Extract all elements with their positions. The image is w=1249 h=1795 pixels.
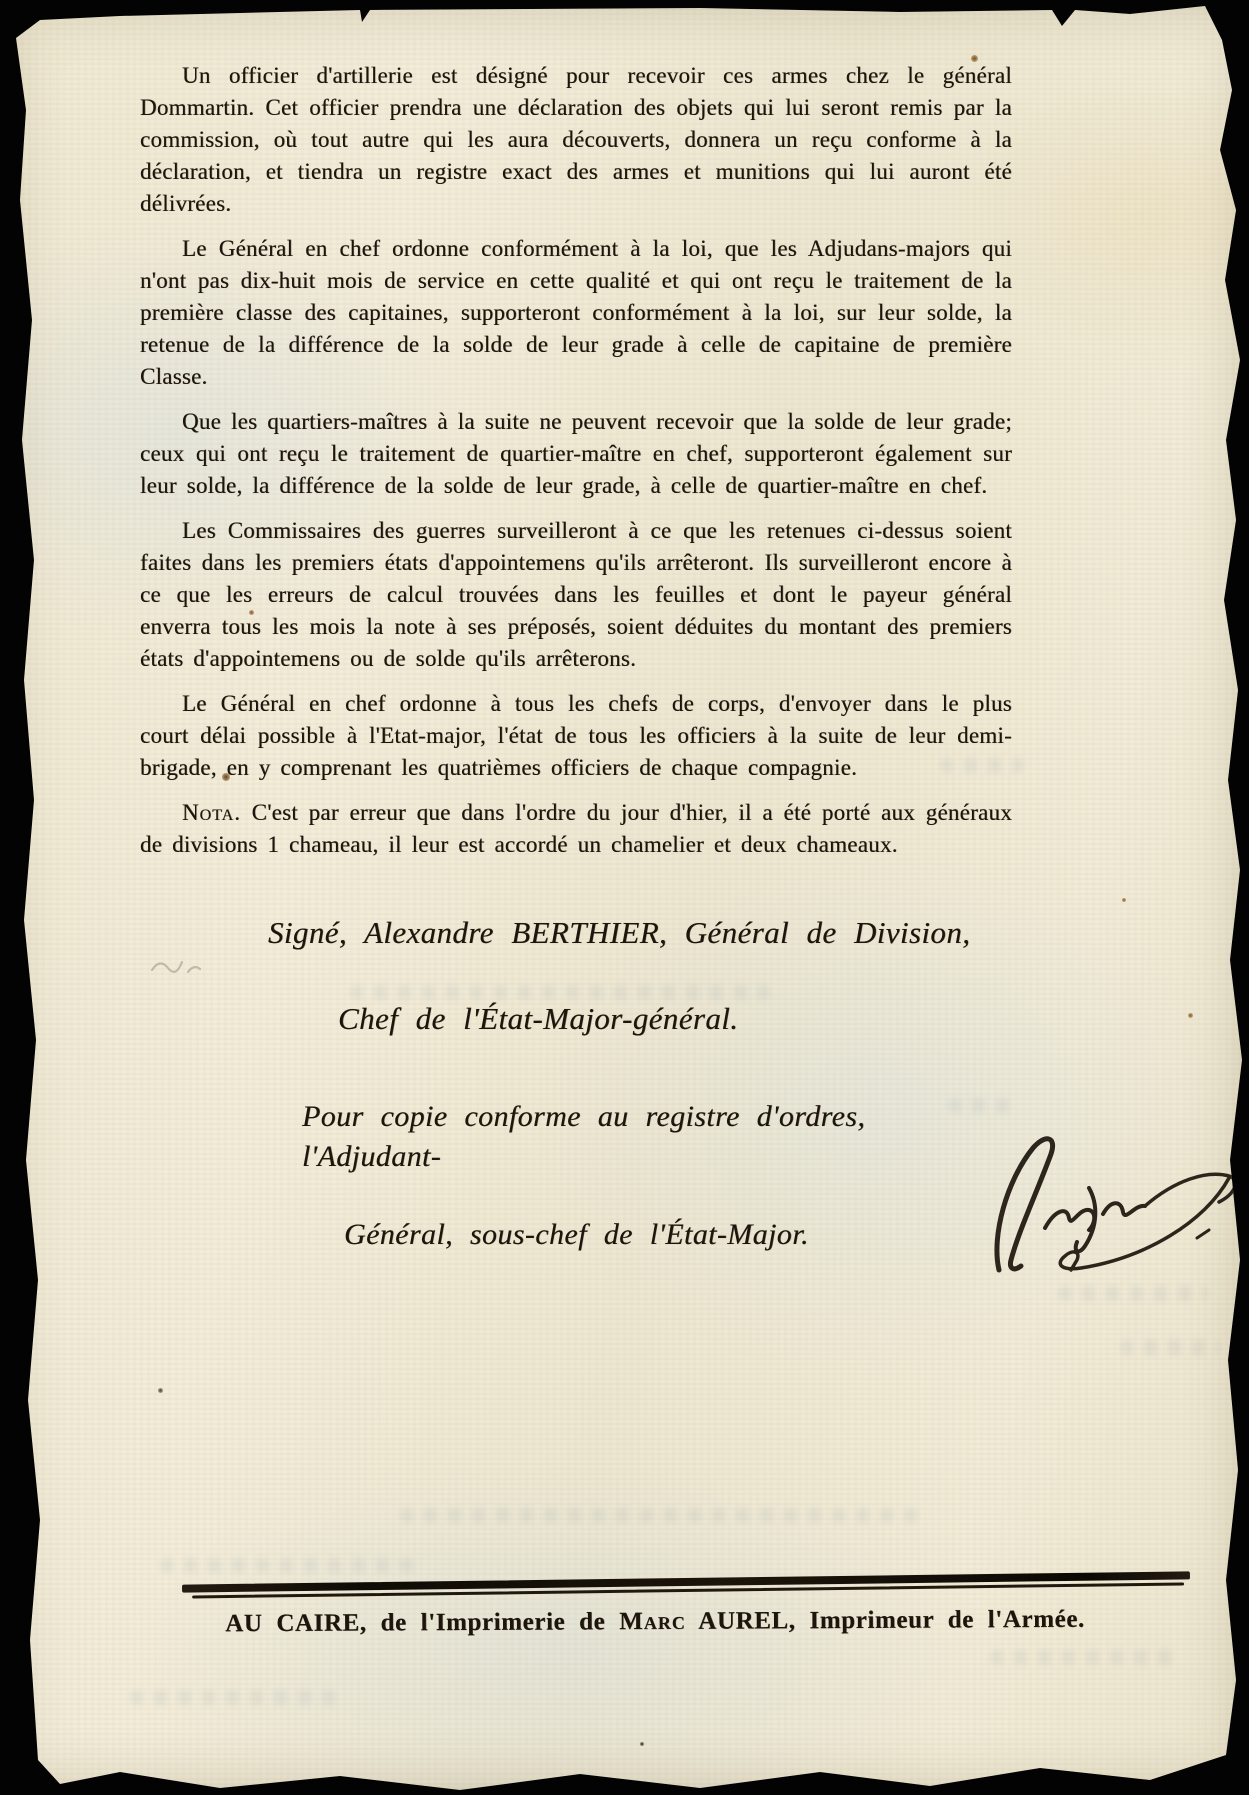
nota-text: C'est par erreur que dans l'ordre du jou… <box>140 800 1012 857</box>
nota-paragraph: Nota. C'est par erreur que dans l'ordre … <box>140 797 1012 861</box>
body-paragraph: Que les quartiers-maîtres à la suite ne … <box>140 406 1012 502</box>
pencil-mark <box>146 936 226 986</box>
signature-line-1: Signé, Alexandre BERTHIER, Général de Di… <box>268 913 1012 953</box>
nota-label: Nota. <box>182 800 241 825</box>
body-paragraph: Les Commissaires des guerres surveillero… <box>140 515 1012 675</box>
foxing-spot <box>1188 1013 1193 1018</box>
body-paragraph: Le Général en chef ordonne à tous les ch… <box>140 688 1012 784</box>
body-paragraph: Le Général en chef ordonne conformément … <box>140 233 1012 393</box>
certification-block: Pour copie conforme au registre d'ordres… <box>140 1097 1012 1255</box>
show-through-mark <box>1120 1340 1220 1355</box>
signature-line-2: Chef de l'État-Major-général. <box>338 999 1012 1039</box>
imprint-text-after: AUREL, Imprimeur de l'Armée. <box>686 1606 1085 1635</box>
body-paragraph: Un officier d'artillerie est désigné pou… <box>140 60 1012 220</box>
show-through-mark <box>160 1558 420 1573</box>
document-page: Un officier d'artillerie est désigné pou… <box>0 0 1249 1795</box>
imprint-rule <box>182 1571 1190 1592</box>
handwritten-signature <box>985 1118 1247 1293</box>
body-text: Un officier d'artillerie est désigné pou… <box>140 0 1012 1255</box>
signature-block: Signé, Alexandre BERTHIER, Général de Di… <box>140 913 1012 1039</box>
show-through-mark <box>130 1690 340 1705</box>
show-through-mark <box>400 1508 920 1523</box>
imprint-text-before: AU CAIRE, de l'Imprimerie de <box>225 1608 619 1637</box>
show-through-mark <box>990 1650 1180 1665</box>
printer-name: Marc <box>619 1608 686 1635</box>
foxing-spot <box>158 1388 163 1393</box>
certification-line-1: Pour copie conforme au registre d'ordres… <box>302 1097 1012 1177</box>
foxing-spot <box>640 1742 644 1746</box>
certification-line-2: Général, sous-chef de l'État-Major. <box>344 1215 1012 1255</box>
foxing-spot <box>1122 898 1126 902</box>
imprint-line: AU CAIRE, de l'Imprimerie de Marc AUREL,… <box>150 1605 1160 1638</box>
